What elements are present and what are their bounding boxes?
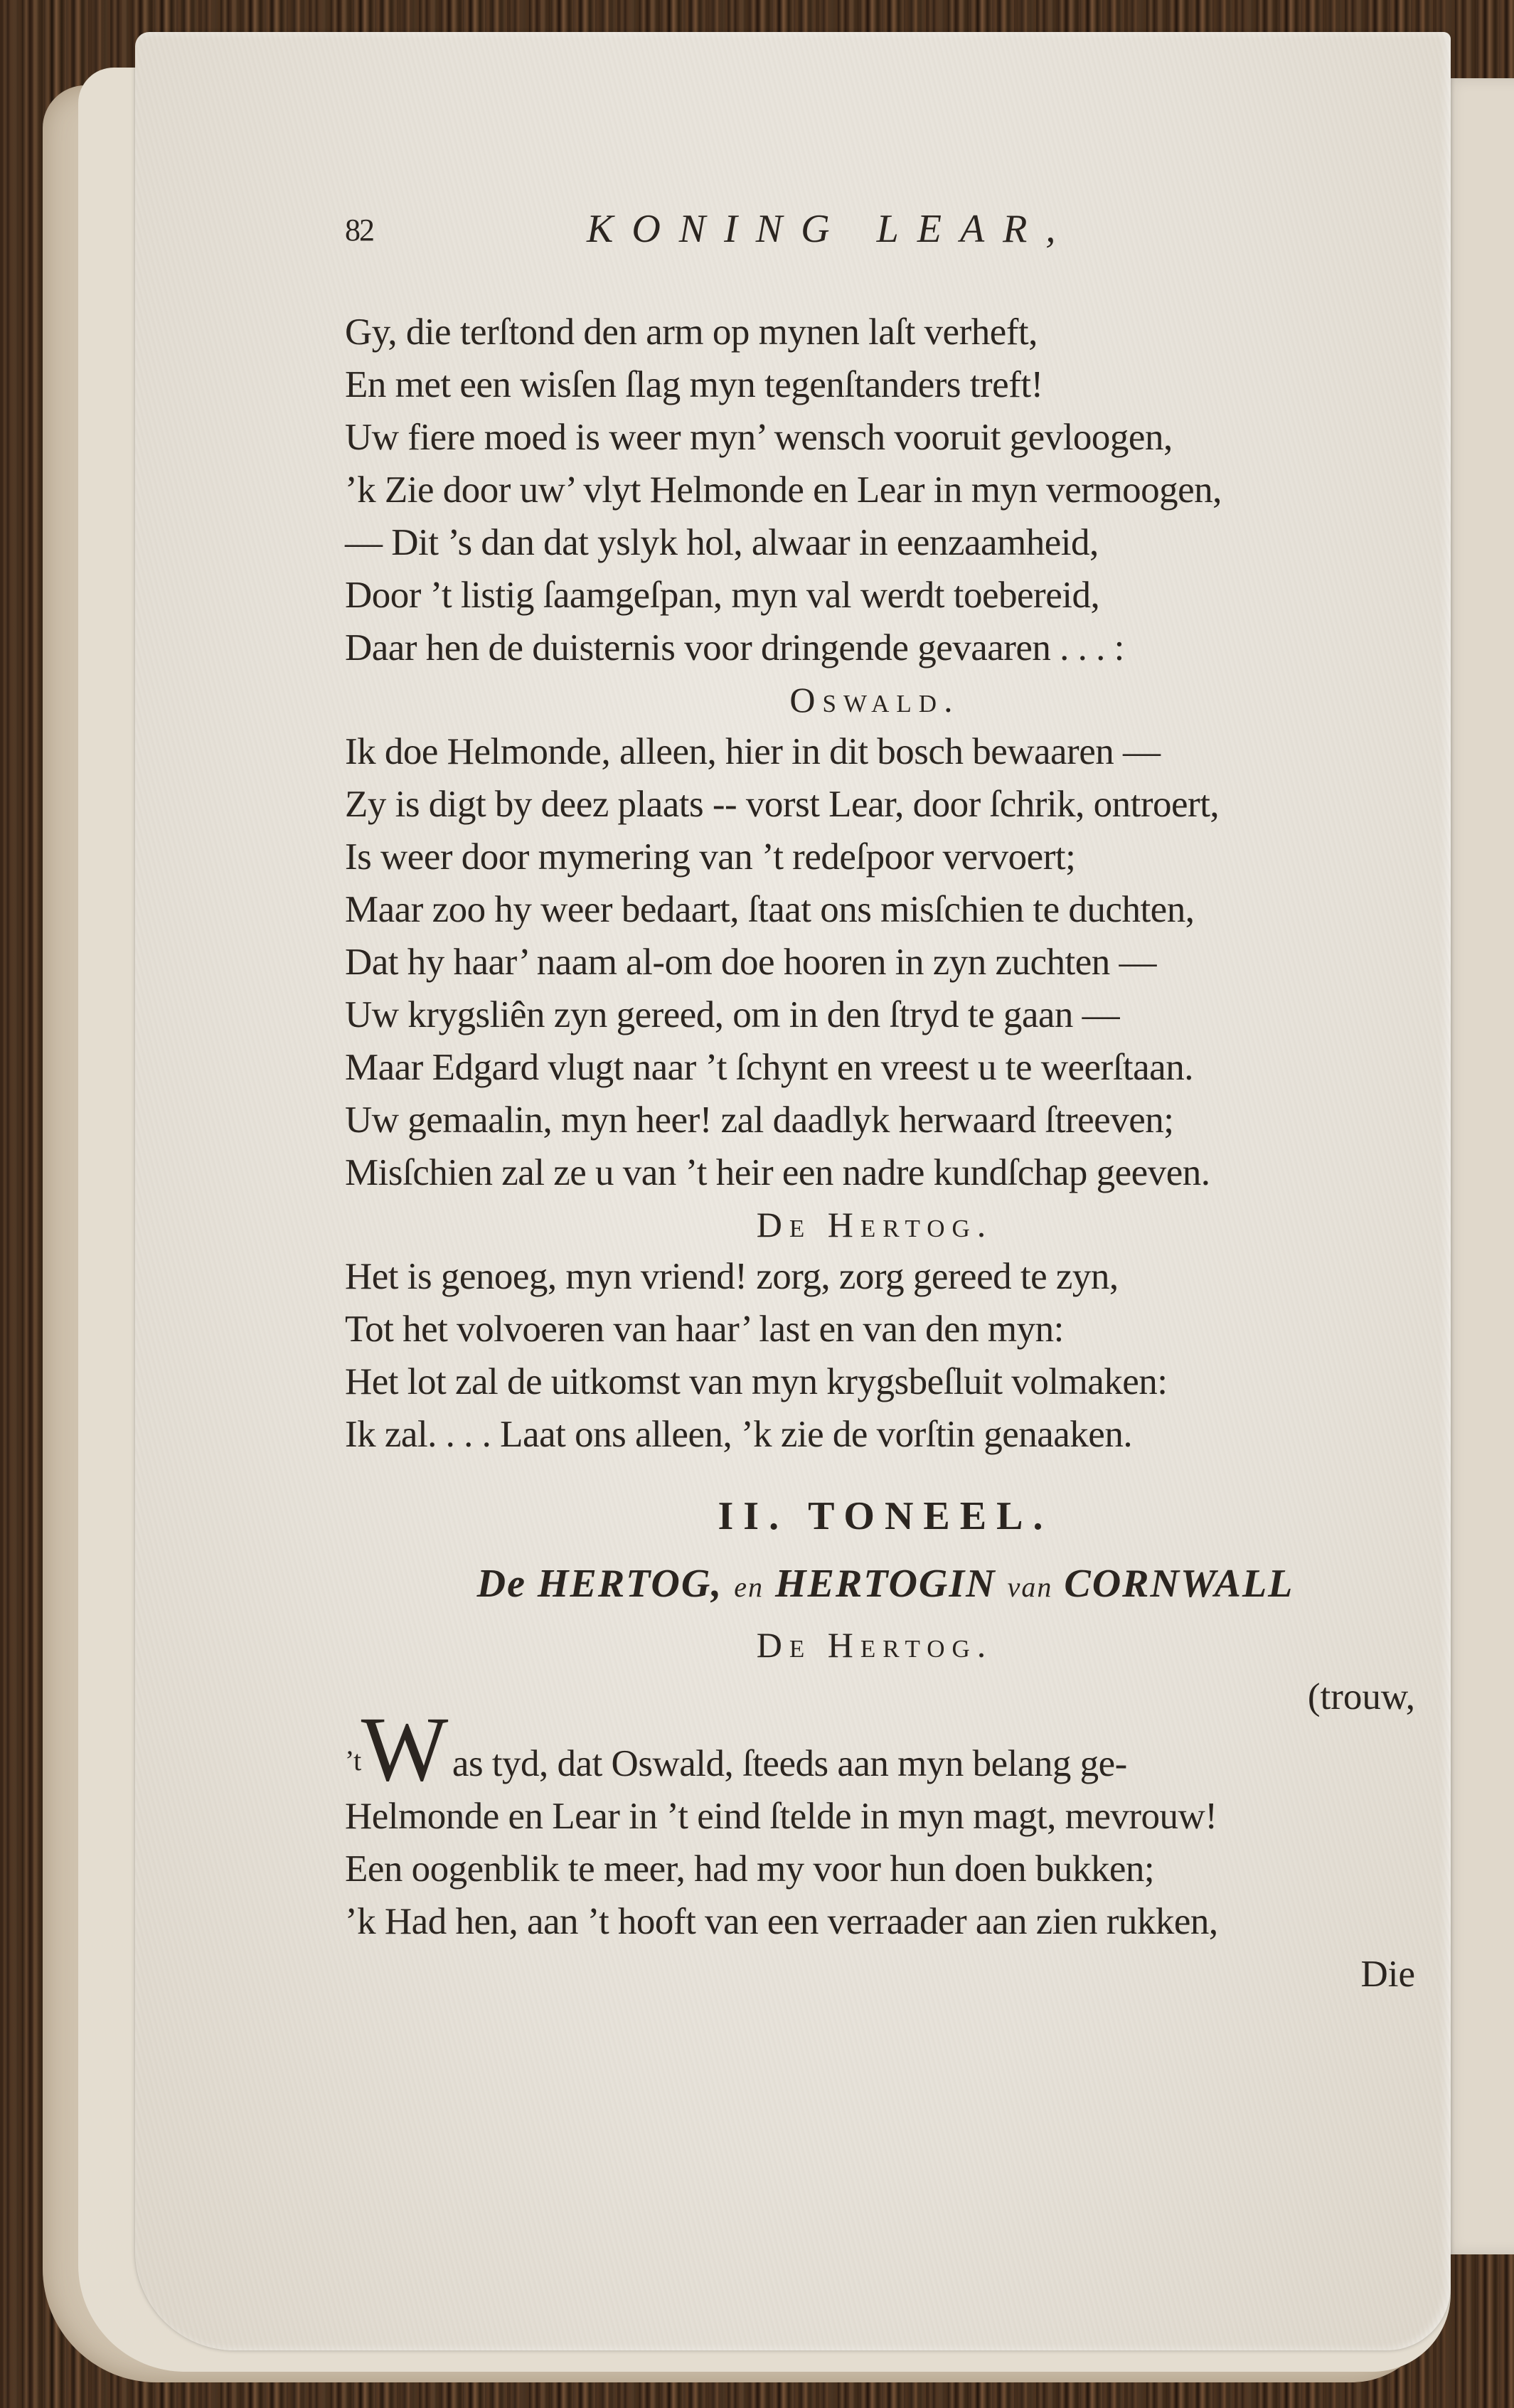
verse-line: Zy is digt by deez plaats -- vorst Lear,… xyxy=(345,778,1426,831)
verse-line: Door ’t listig ſaamgeſpan, myn val werdt… xyxy=(345,569,1426,622)
speech-block-4: (trouw, ’tWas tyd, dat Oswald, ſteeds aa… xyxy=(345,1671,1426,2001)
verse-line: En met een wisſen ſlag myn tegenſtanders… xyxy=(345,358,1426,411)
speaker-name-hertog: De Hertog. xyxy=(345,1199,1426,1250)
verse-line: Daar hen de duisternis voor dringende ge… xyxy=(345,622,1426,674)
verse-line: Helmonde en Lear in ’t eind ſtelde in my… xyxy=(345,1790,1426,1843)
turnover-word: (trouw, xyxy=(345,1671,1426,1723)
verse-line: Ik doe Helmonde, alleen, hier in dit bos… xyxy=(345,725,1426,778)
verse-line-rest: as tyd, dat Oswald, ſteeds aan myn belan… xyxy=(452,1743,1127,1784)
speaker-name-hertog: De Hertog. xyxy=(345,1619,1426,1671)
verse-line: Het is genoeg, myn vriend! zorg, zorg ge… xyxy=(345,1250,1426,1303)
speech-block-1: Gy, die terſtond den arm op mynen laſt v… xyxy=(345,306,1426,674)
running-title: KONING LEAR, xyxy=(587,206,1074,252)
cast-part: De HERTOG, xyxy=(477,1562,735,1606)
verse-line: Uw krygsliên zyn gereed, om in den ſtryd… xyxy=(345,989,1426,1041)
cast-part: CORNWALL xyxy=(1052,1562,1294,1606)
verse-line: Gy, die terſtond den arm op mynen laſt v… xyxy=(345,306,1426,358)
verse-line: Maar zoo hy weer bedaart, ſtaat ons misſ… xyxy=(345,883,1426,936)
verse-line: Misſchien zal ze u van ’t heir een nadre… xyxy=(345,1146,1426,1199)
verse-line: Een oogenblik te meer, had my voor hun d… xyxy=(345,1843,1426,1895)
verse-line: Uw gemaalin, myn heer! zal daadlyk herwa… xyxy=(345,1094,1426,1146)
verse-line: — Dit ’s dan dat yslyk hol, alwaar in ee… xyxy=(345,516,1426,569)
cast-preposition: van xyxy=(1008,1571,1053,1603)
verse-line-dropcap: ’tWas tyd, dat Oswald, ſteeds aan myn be… xyxy=(345,1723,1426,1790)
speech-block-3: Het is genoeg, myn vriend! zorg, zorg ge… xyxy=(345,1250,1426,1461)
verse-line: Het lot zal de uitkomst van myn krygsbeſ… xyxy=(345,1355,1426,1408)
page-header: 82 KONING LEAR, xyxy=(345,199,1426,263)
page-number: 82 xyxy=(345,212,373,248)
verse-line: Uw fiere moed is weer myn’ wensch voorui… xyxy=(345,411,1426,464)
speaker-name-oswald: Oswald. xyxy=(345,674,1426,725)
verse-line: ’k Zie door uw’ vlyt Helmonde en Lear in… xyxy=(345,464,1426,516)
verse-line: Is weer door mymering van ’t redeſpoor v… xyxy=(345,831,1426,883)
dropcap-prefix: ’t xyxy=(345,1744,361,1776)
catchword: Die xyxy=(345,1948,1426,2001)
page-text: 82 KONING LEAR, Gy, die terſtond den arm… xyxy=(345,199,1426,2001)
verse-line: Maar Edgard vlugt naar ’t ſchynt en vree… xyxy=(345,1041,1426,1094)
scene-cast-list: De HERTOG, en HERTOGIN van CORNWALL xyxy=(345,1552,1426,1619)
facing-page-edge xyxy=(1444,78,1514,2254)
verse-line: Ik zal. . . . Laat ons alleen, ’k zie de… xyxy=(345,1408,1426,1461)
cast-conjunction: en xyxy=(734,1571,764,1603)
cast-part: HERTOGIN xyxy=(764,1562,1008,1606)
verse-line: Dat hy haar’ naam al-om doe hooren in zy… xyxy=(345,936,1426,989)
spacer xyxy=(345,263,1426,306)
drop-capital: W xyxy=(361,1698,448,1801)
scene-heading: II. TONEEL. xyxy=(345,1481,1426,1552)
verse-line: ’k Had hen, aan ’t hooft van een verraad… xyxy=(345,1895,1426,1948)
speech-block-2: Ik doe Helmonde, alleen, hier in dit bos… xyxy=(345,725,1426,1199)
verse-line: Tot het volvoeren van haar’ last en van … xyxy=(345,1303,1426,1355)
